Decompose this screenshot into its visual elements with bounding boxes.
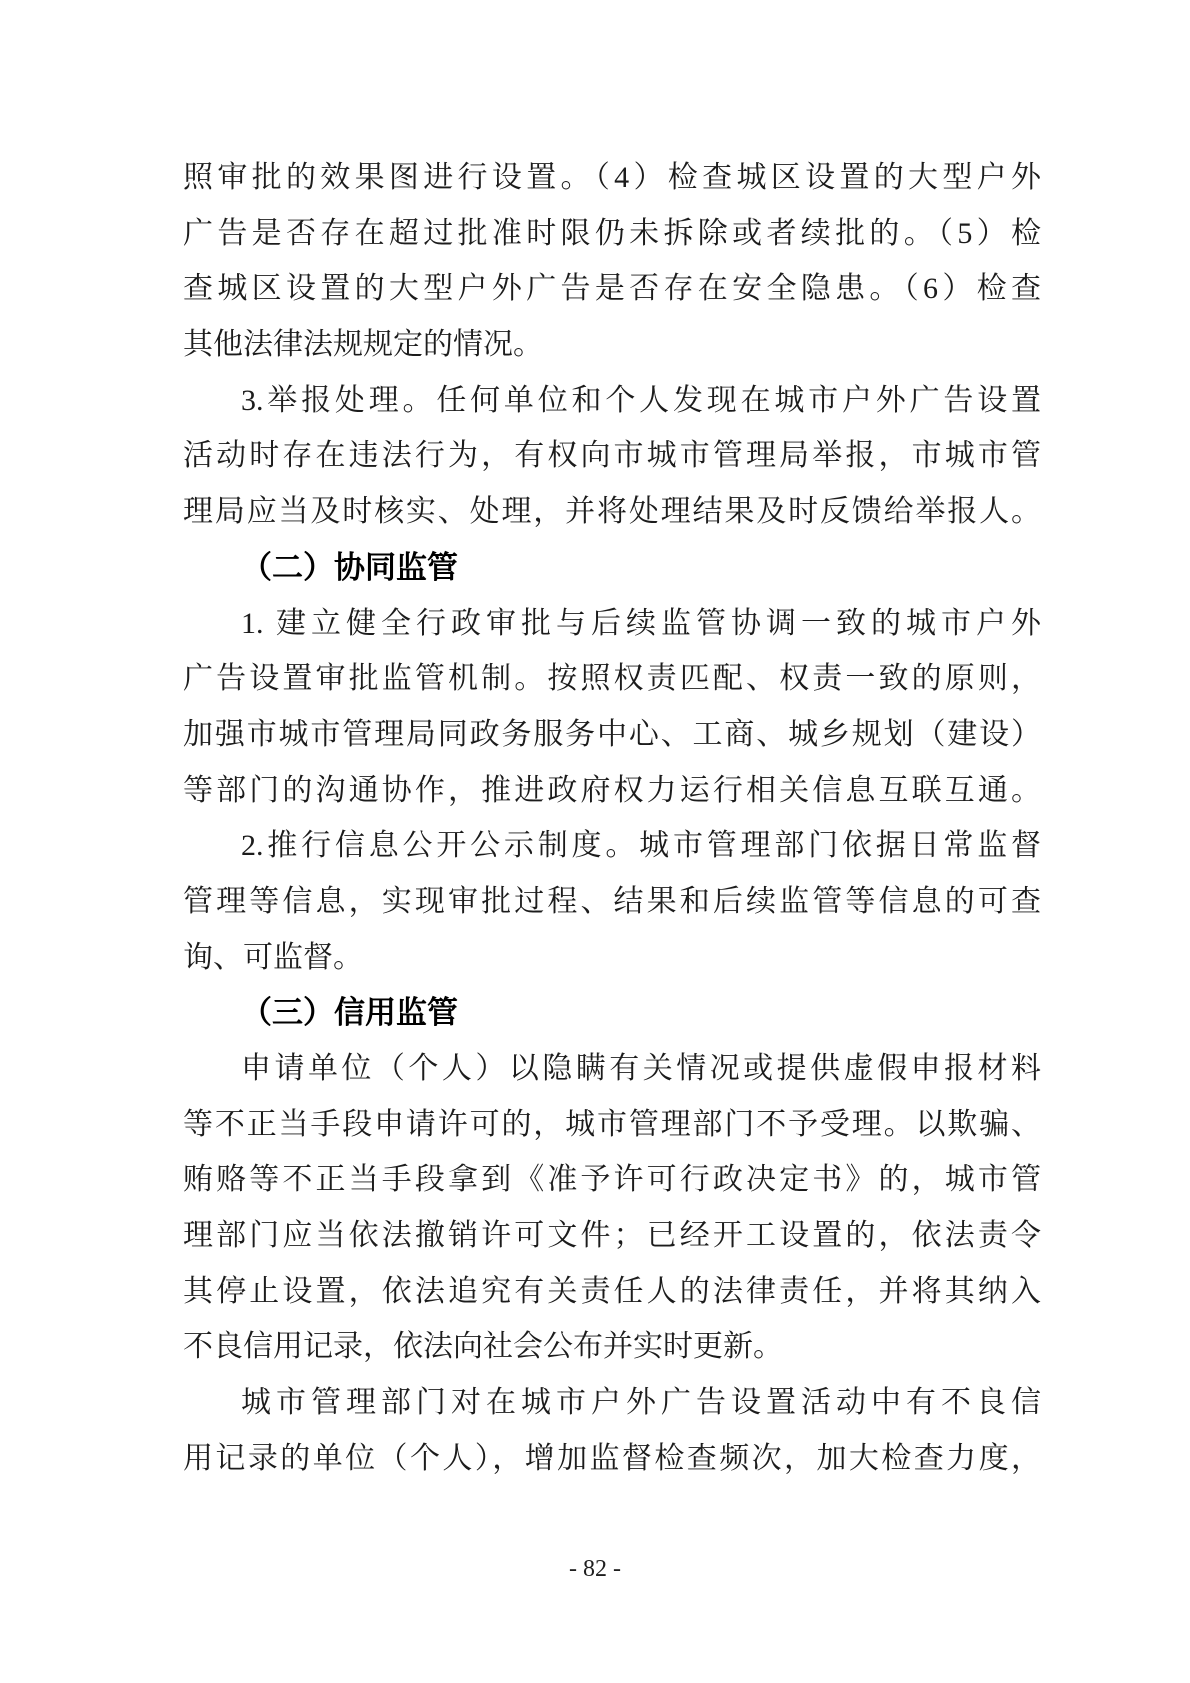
text-line: 等不正当手段申请许可的，城市管理部门不予受理。以欺骗、	[183, 1097, 1041, 1153]
text-line: 1. 建立健全行政审批与后续监管协调一致的城市户外	[183, 596, 1041, 652]
text-line: 广告设置审批监管机制。按照权责匹配、权责一致的原则，	[183, 651, 1041, 707]
text-line: 理部门应当依法撤销许可文件；已经开工设置的，依法责令	[183, 1208, 1041, 1264]
text-line: 其停止设置，依法追究有关责任人的法律责任，并将其纳入	[183, 1264, 1041, 1320]
section-heading-credit-supervision: （三）信用监管	[183, 985, 1041, 1041]
text-line: 2.推行信息公开公示制度。城市管理部门依据日常监督	[183, 818, 1041, 874]
text-line: 活动时存在违法行为，有权向市城市管理局举报，市城市管	[183, 428, 1041, 484]
text-line: 理局应当及时核实、处理，并将处理结果及时反馈给举报人。	[183, 484, 1041, 540]
text-line: 城市管理部门对在城市户外广告设置活动中有不良信	[183, 1375, 1041, 1431]
section-heading-collaborative-supervision: （二）协同监管	[183, 540, 1041, 596]
text-line: 其他法律法规规定的情况。	[183, 317, 1041, 373]
text-line: 3.举报处理。任何单位和个人发现在城市户外广告设置	[183, 373, 1041, 429]
text-line: 贿赂等不正当手段拿到《准予许可行政决定书》的，城市管	[183, 1152, 1041, 1208]
text-line: 不良信用记录，依法向社会公布并实时更新。	[183, 1319, 1041, 1375]
document-page: 照审批的效果图进行设置。（4）检查城区设置的大型户外 广告是否存在超过批准时限仍…	[0, 0, 1190, 1683]
text-line: 询、可监督。	[183, 930, 1041, 986]
text-line: 加强市城市管理局同政务服务中心、工商、城乡规划（建设）	[183, 707, 1041, 763]
text-line: 等部门的沟通协作，推进政府权力运行相关信息互联互通。	[183, 763, 1041, 819]
text-line: 用记录的单位（个人），增加监督检查频次，加大检查力度，	[183, 1431, 1041, 1487]
text-line: 申请单位（个人）以隐瞒有关情况或提供虚假申报材料	[183, 1041, 1041, 1097]
page-body-text: 照审批的效果图进行设置。（4）检查城区设置的大型户外 广告是否存在超过批准时限仍…	[183, 150, 1041, 1487]
text-line: 查城区设置的大型户外广告是否存在安全隐患。（6）检查	[183, 261, 1041, 317]
text-line: 照审批的效果图进行设置。（4）检查城区设置的大型户外	[183, 150, 1041, 206]
page-number: - 82 -	[0, 1556, 1190, 1583]
text-line: 管理等信息，实现审批过程、结果和后续监管等信息的可查	[183, 874, 1041, 930]
text-line: 广告是否存在超过批准时限仍未拆除或者续批的。（5）检	[183, 206, 1041, 262]
